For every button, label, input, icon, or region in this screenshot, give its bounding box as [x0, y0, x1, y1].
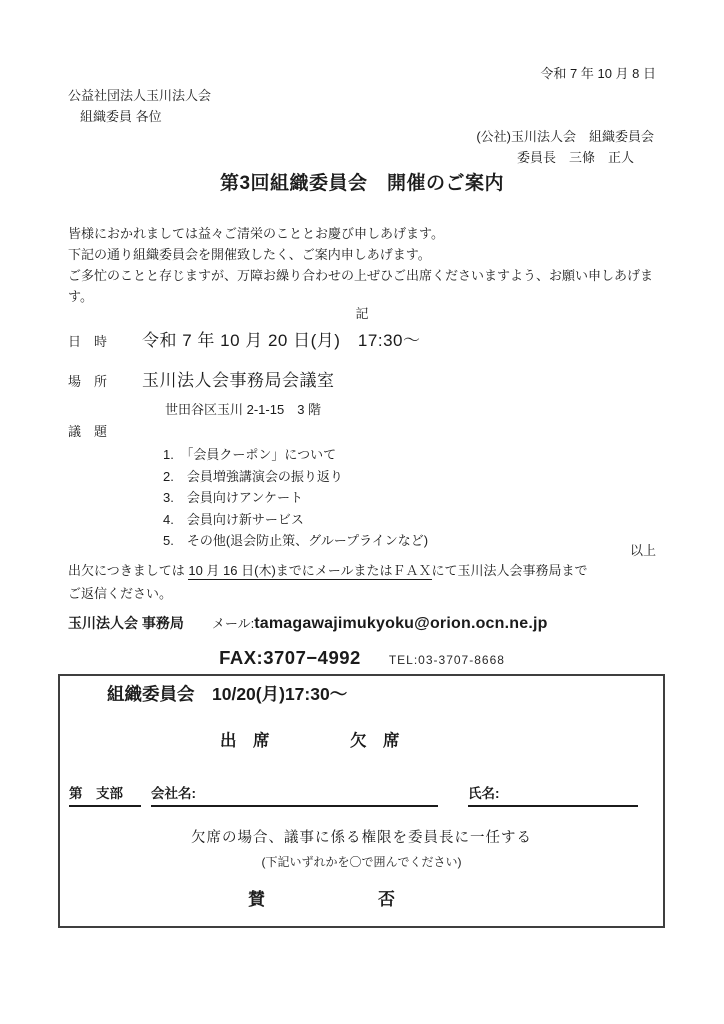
proxy-circle-note: (下記いずれかを〇で囲んでください): [60, 854, 663, 871]
greeting-line: 皆様におかれましては益々ご清栄のこととお慶び申しあげます。: [68, 223, 660, 244]
addressee-members: 組織委員 各位: [80, 108, 162, 127]
document-page: 令和 7 年 10 月 8 日 公益社団法人玉川法人会 組織委員 各位 (公社)…: [0, 0, 724, 1024]
mail-label: メール:: [212, 615, 254, 634]
greeting-paragraph: 皆様におかれましては益々ご清栄のこととお慶び申しあげます。 下記の通り組織委員会…: [68, 223, 660, 307]
agenda-list: 1. 「会員クーポン」について 2. 会員増強講演会の振り返り 3. 会員向けア…: [163, 444, 428, 552]
place-value: 玉川法人会事務局会議室: [142, 369, 335, 394]
attend-option: 出 席: [220, 730, 270, 754]
document-title: 第3回組織委員会 開催のご案内: [0, 170, 724, 198]
reply-form-title: 組織委員会 10/20(月)17:30〜: [107, 682, 347, 707]
rsvp-deadline-underlined: 10 月 16 日(木)までにメールまたはＦＡＸ: [188, 563, 431, 580]
datetime-row: 日 時 令和 7 年 10 月 20 日(月) 17:30〜: [68, 329, 420, 354]
agenda-item: 3. 会員向けアンケート: [163, 487, 428, 509]
greeting-line: ご多忙のことと存じますが、万障お繰り合わせの上ぜひご出席くださいますよう、お願い…: [68, 265, 660, 307]
rsvp-pre-text: 出欠につきましては: [68, 563, 188, 578]
oppose-option: 否: [378, 888, 395, 913]
place-row: 場 所 玉川法人会事務局会議室: [68, 369, 335, 394]
greeting-line: 下記の通り組織委員会を開催致したく、ご案内申しあげます。: [68, 244, 660, 265]
datetime-label: 日 時: [68, 333, 142, 352]
addressee-organization: 公益社団法人玉川法人会: [68, 87, 211, 106]
sender-chairperson: 委員長 三條 正人: [517, 149, 634, 168]
place-address: 世田谷区玉川 2-1-15 3 階: [165, 401, 321, 420]
issue-date: 令和 7 年 10 月 8 日: [540, 65, 656, 84]
absent-option: 欠 席: [350, 730, 400, 754]
agenda-item: 5. その他(退会防止策、グループラインなど): [163, 530, 428, 552]
office-name: 玉川法人会 事務局: [68, 613, 184, 633]
person-name-blank: 氏名:: [468, 784, 638, 807]
contact-row: 玉川法人会 事務局 メール: tamagawajimukyoku@orion.o…: [68, 612, 548, 635]
proxy-statement: 欠席の場合、議事に係る権限を委員長に一任する: [60, 828, 663, 849]
rsvp-post-text: にて玉川法人会事務局まで: [432, 563, 588, 578]
agenda-label: 議 題: [68, 423, 107, 442]
rsvp-instruction-line2: ご返信ください。: [68, 585, 172, 604]
closing-marker: 以上: [630, 542, 656, 561]
company-name-blank: 会社名:: [151, 784, 438, 807]
approve-option: 賛: [248, 888, 265, 913]
place-label: 場 所: [68, 373, 142, 392]
mail-address: tamagawajimukyoku@orion.ocn.ne.jp: [254, 612, 547, 635]
agenda-item: 4. 会員向け新サービス: [163, 509, 428, 531]
fax-tel-row: FAX:3707−4992 TEL:03-3707-8668: [0, 645, 724, 672]
branch-number-blank: 第 支部: [69, 784, 141, 807]
tel-number: TEL:03-3707-8668: [389, 652, 505, 669]
rsvp-instruction: 出欠につきましては 10 月 16 日(木)までにメールまたはＦＡＸにて玉川法人…: [68, 562, 588, 581]
sender-organization: (公社)玉川法人会 組織委員会: [476, 128, 654, 147]
reply-form-box: 組織委員会 10/20(月)17:30〜 出 席 欠 席 第 支部 会社名: 氏…: [58, 674, 665, 928]
record-marker: 記: [0, 305, 724, 324]
agenda-item: 1. 「会員クーポン」について: [163, 444, 428, 466]
fax-number: FAX:3707−4992: [219, 645, 361, 672]
reply-form-fill-row: 第 支部 会社名: 氏名:: [69, 784, 638, 807]
datetime-value: 令和 7 年 10 月 20 日(月) 17:30〜: [142, 329, 420, 354]
agenda-item: 2. 会員増強講演会の振り返り: [163, 466, 428, 488]
